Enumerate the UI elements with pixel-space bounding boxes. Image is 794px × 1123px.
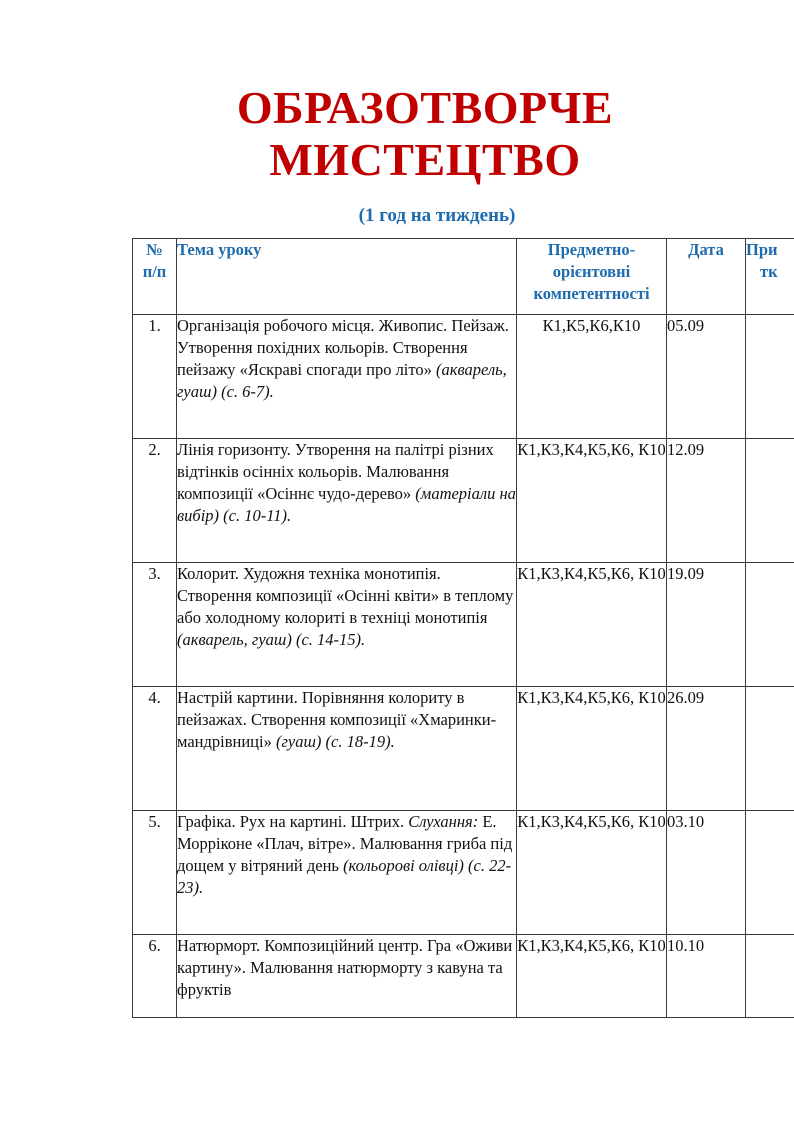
lesson-date: 03.10	[667, 811, 746, 935]
header-notes: При тк	[746, 239, 794, 315]
header-competencies: Предметно- орієнтовні компетентності	[517, 239, 667, 315]
table-row: 1.Організація робочого місця. Живопис. П…	[133, 315, 794, 439]
lesson-topic: Графіка. Рух на картині. Штрих. Слухання…	[177, 811, 517, 935]
lesson-date: 12.09	[667, 439, 746, 563]
lesson-competencies: К1,К3,К4,К5,К6, К10	[517, 935, 667, 1018]
page-title-line1: ОБРАЗОТВОРЧЕ	[0, 82, 794, 134]
lesson-topic: Організація робочого місця. Живопис. Пей…	[177, 315, 517, 439]
lesson-date: 26.09	[667, 687, 746, 811]
table-row: 3.Колорит. Художня техніка монотипія. Ст…	[133, 563, 794, 687]
lesson-notes	[746, 315, 794, 439]
lesson-date: 05.09	[667, 315, 746, 439]
header-number: № п/п	[133, 239, 177, 315]
lesson-date: 19.09	[667, 563, 746, 687]
lesson-topic: Настрій картини. Порівняння колориту в п…	[177, 687, 517, 811]
table-row: 6.Натюрморт. Композиційний центр. Гра «О…	[133, 935, 794, 1018]
header-date: Дата	[667, 239, 746, 315]
lesson-competencies: К1,К3,К4,К5,К6, К10	[517, 687, 667, 811]
lesson-number: 4.	[133, 687, 177, 811]
lesson-notes	[746, 563, 794, 687]
lesson-competencies: К1,К3,К4,К5,К6, К10	[517, 439, 667, 563]
table-header-row: № п/п Тема уроку Предметно- орієнтовні к…	[133, 239, 794, 315]
lesson-competencies: К1,К3,К4,К5,К6, К10	[517, 563, 667, 687]
lesson-number: 1.	[133, 315, 177, 439]
lesson-number: 6.	[133, 935, 177, 1018]
lesson-date: 10.10	[667, 935, 746, 1018]
table-row: 5.Графіка. Рух на картині. Штрих. Слухан…	[133, 811, 794, 935]
table-row: 2.Лінія горизонту. Утворення на палітрі …	[133, 439, 794, 563]
lesson-topic: Натюрморт. Композиційний центр. Гра «Ожи…	[177, 935, 517, 1018]
hours-per-week: (1 год на тиждень)	[0, 205, 794, 227]
lesson-notes	[746, 439, 794, 563]
lesson-notes	[746, 935, 794, 1018]
table-row: 4.Настрій картини. Порівняння колориту в…	[133, 687, 794, 811]
lesson-topic: Лінія горизонту. Утворення на палітрі рі…	[177, 439, 517, 563]
lesson-notes	[746, 811, 794, 935]
lesson-number: 3.	[133, 563, 177, 687]
lesson-topic: Колорит. Художня техніка монотипія. Ство…	[177, 563, 517, 687]
lesson-competencies: К1,К3,К4,К5,К6, К10	[517, 811, 667, 935]
lesson-number: 2.	[133, 439, 177, 563]
lesson-number: 5.	[133, 811, 177, 935]
lesson-plan-table: № п/п Тема уроку Предметно- орієнтовні к…	[132, 238, 794, 1018]
header-topic: Тема уроку	[177, 239, 517, 315]
lesson-notes	[746, 687, 794, 811]
lesson-competencies: К1,К5,К6,К10	[517, 315, 667, 439]
page-title-line2: МИСТЕЦТВО	[0, 134, 794, 186]
